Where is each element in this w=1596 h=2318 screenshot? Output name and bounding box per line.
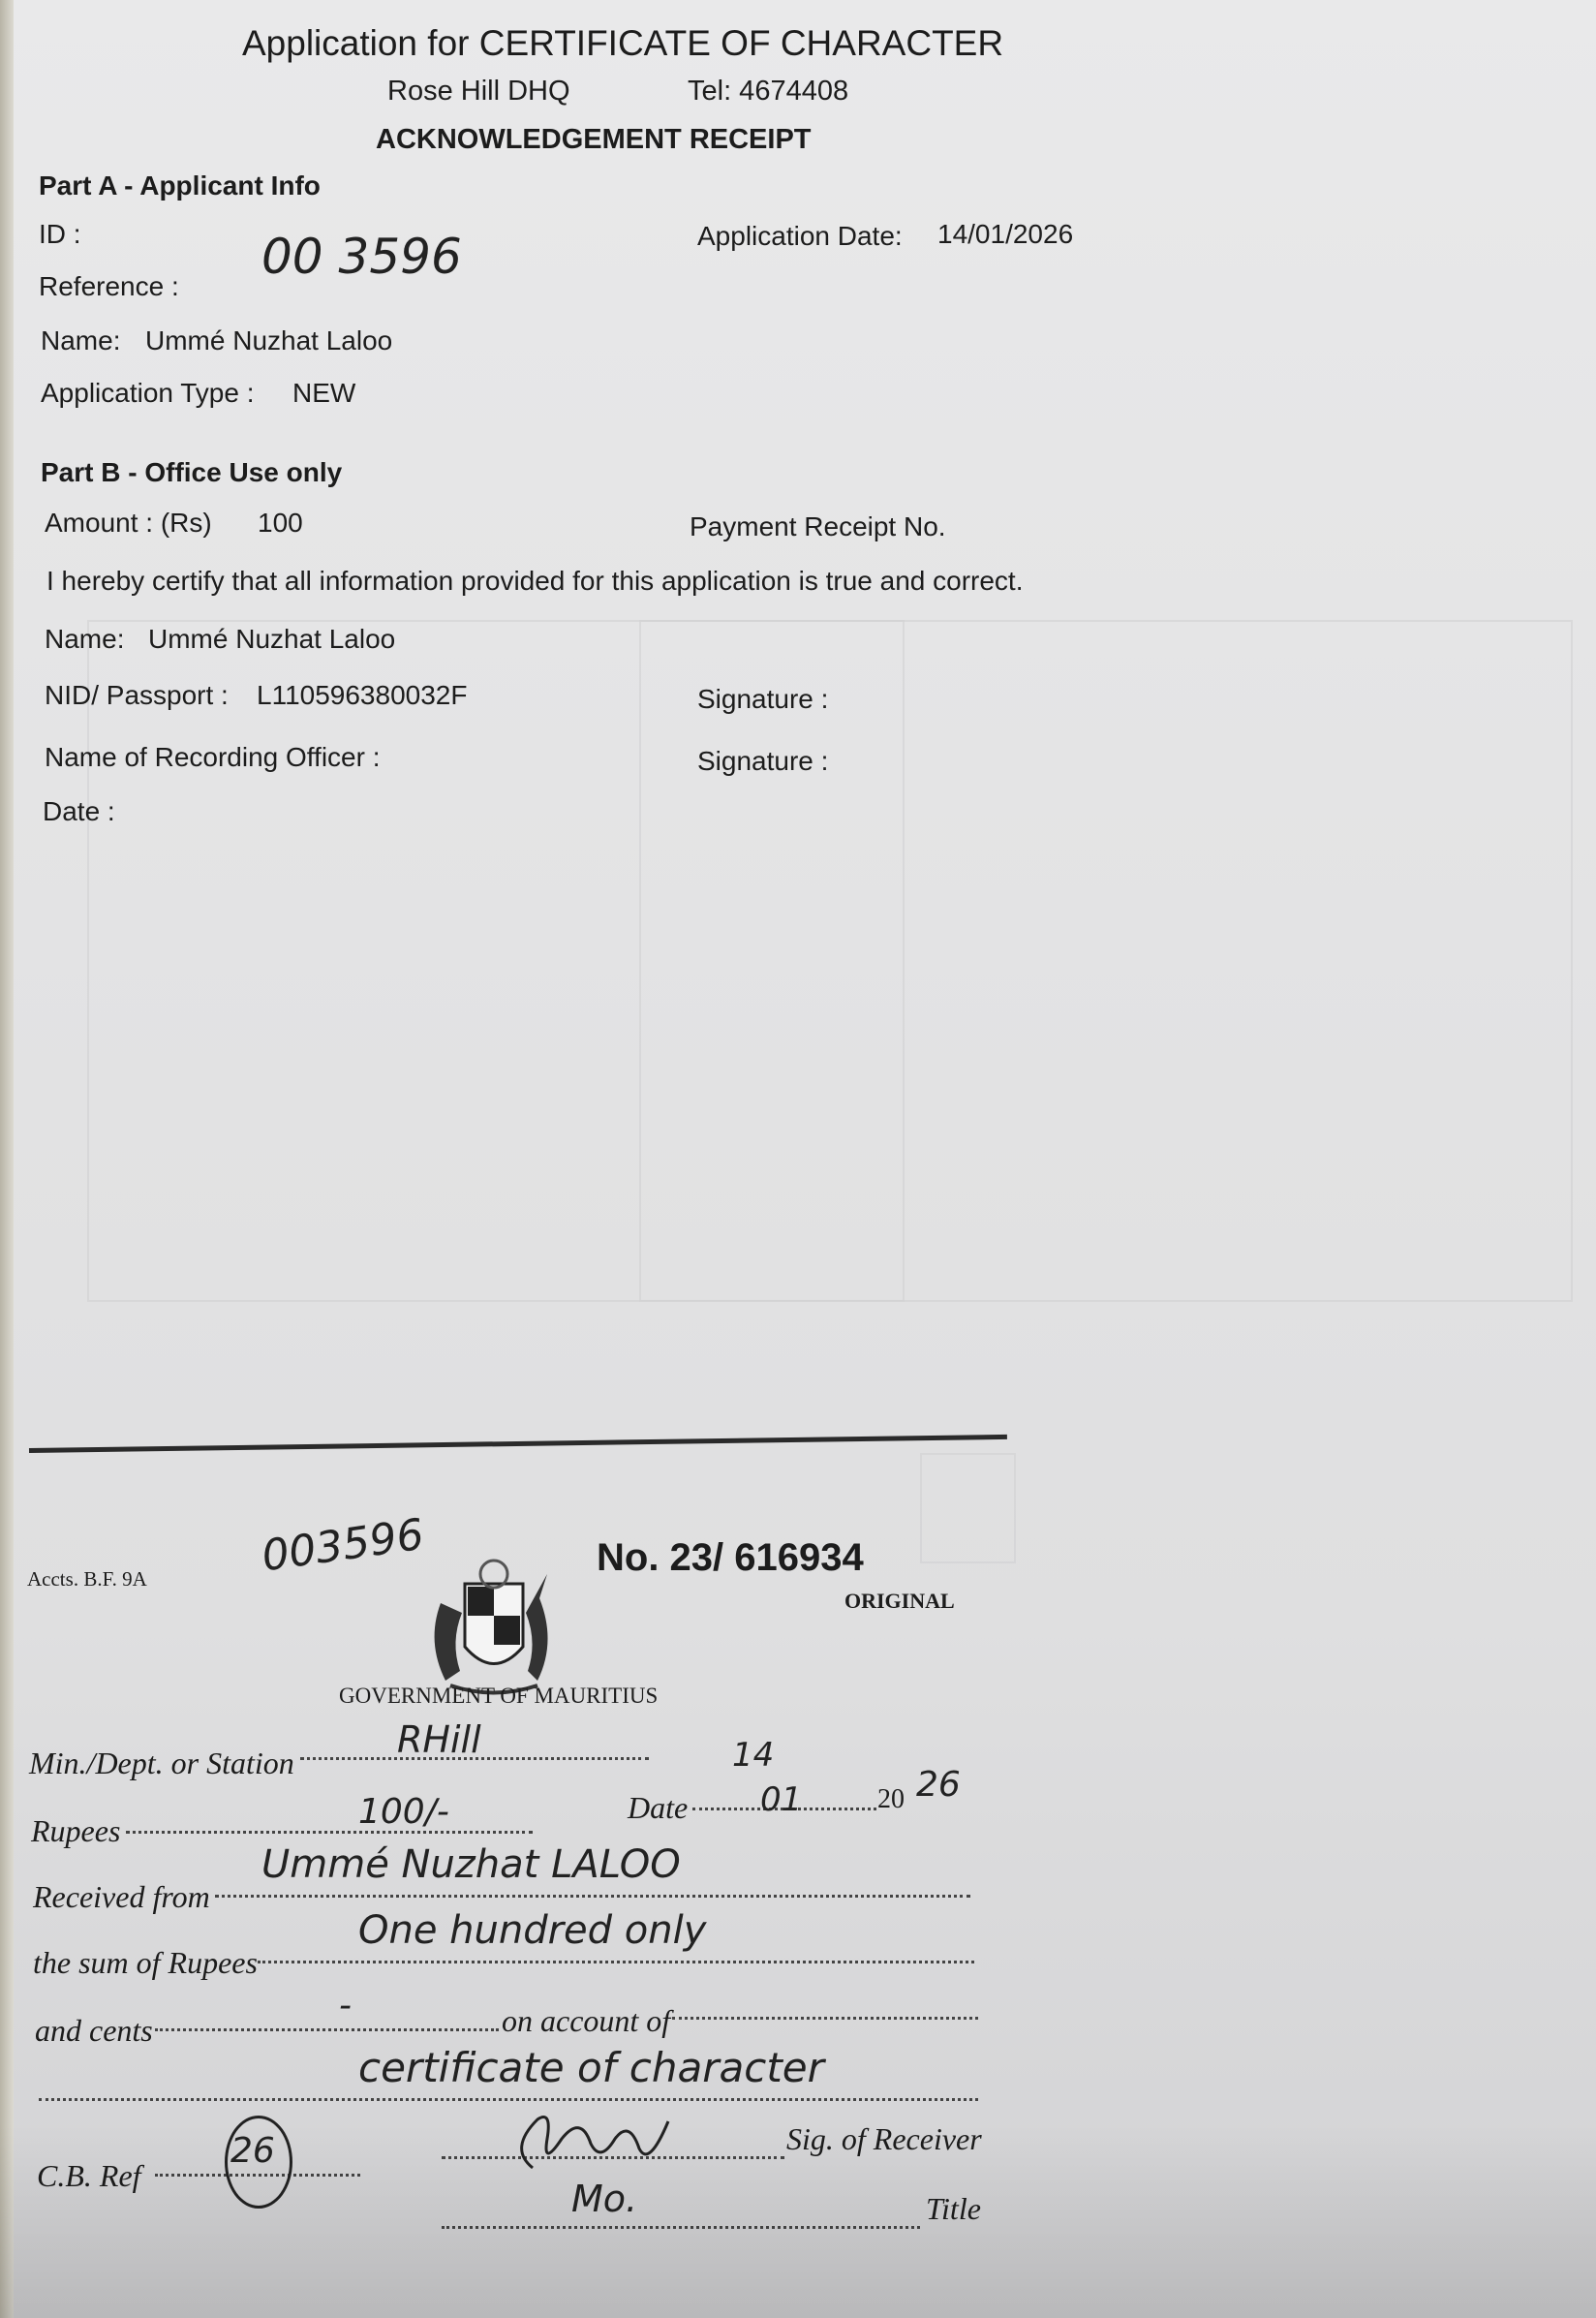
account-label: on account of — [502, 2003, 670, 2039]
signature-label-2: Signature : — [697, 746, 828, 777]
part-b-heading: Part B - Office Use only — [41, 457, 342, 488]
receipt-date-label: Date — [628, 1790, 688, 1826]
applicant-name-b: Ummé Nuzhat Laloo — [148, 624, 395, 655]
application-date: 14/01/2026 — [937, 219, 1073, 250]
rupees-value: 100/- — [358, 1792, 449, 1832]
cents-value: - — [339, 1986, 352, 2025]
photo-shadow — [0, 2124, 1596, 2318]
receipt-heading: ACKNOWLEDGEMENT RECEIPT — [376, 124, 812, 156]
date-label: Date : — [43, 796, 115, 827]
form-title: Application for CERTIFICATE OF CHARACTER — [242, 23, 1003, 64]
date-year-prefix: 20 — [877, 1784, 905, 1815]
id-label: ID : — [39, 219, 81, 250]
received-from-value: Ummé Nuzhat LALOO — [261, 1842, 681, 1887]
payment-receipt-label: Payment Receipt No. — [690, 511, 946, 542]
name-label-b: Name: — [45, 624, 124, 655]
receipt-number: No. 23/ 616934 — [597, 1536, 864, 1580]
recording-officer-label: Name of Recording Officer : — [45, 742, 381, 773]
date-year-suffix: 26 — [916, 1765, 961, 1805]
received-from-label: Received from — [33, 1879, 210, 1915]
cents-line — [155, 2028, 499, 2031]
received-from-line — [215, 1895, 970, 1898]
date-month: 01 — [760, 1780, 802, 1819]
rupees-line — [126, 1831, 533, 1834]
station-label: Min./Dept. or Station — [29, 1746, 294, 1781]
name-label: Name: — [41, 325, 120, 356]
bleed-through-column — [639, 620, 905, 1302]
sum-line — [258, 1961, 974, 1963]
applicant-name: Ummé Nuzhat Laloo — [145, 325, 392, 356]
reference-label: Reference : — [39, 271, 179, 302]
office-name: Rose Hill DHQ — [387, 76, 570, 108]
tear-line — [29, 1435, 1007, 1453]
rupees-label: Rupees — [31, 1813, 120, 1849]
certification-statement: I hereby certify that all information pr… — [46, 566, 1024, 597]
paper-edge — [0, 0, 14, 2318]
account-value: certificate of character — [358, 2044, 824, 2091]
application-type-label: Application Type : — [41, 378, 255, 409]
station-value: RHill — [397, 1718, 481, 1761]
handwritten-ref: 003596 — [259, 1510, 426, 1582]
amount-label: Amount : (Rs) — [45, 508, 212, 539]
issuer: GOVERNMENT OF MAURITIUS — [339, 1684, 658, 1709]
part-a-heading: Part A - Applicant Info — [39, 170, 321, 201]
application-type: NEW — [292, 378, 355, 409]
nid-value: L110596380032F — [257, 680, 467, 711]
office-tel: Tel: 4674408 — [688, 76, 848, 108]
nid-label: NID/ Passport : — [45, 680, 229, 711]
bleed-through-stamp — [920, 1453, 1016, 1563]
date-day: 14 — [732, 1736, 774, 1775]
sum-label: the sum of Rupees — [33, 1945, 258, 1981]
id-handwritten: 00 3596 — [261, 229, 462, 285]
account-line-2 — [39, 2098, 978, 2101]
copy-type: ORIGINAL — [844, 1589, 955, 1614]
application-date-label: Application Date: — [697, 221, 903, 252]
signature-label-1: Signature : — [697, 684, 828, 715]
amount-value: 100 — [258, 508, 303, 539]
form-code: Accts. B.F. 9A — [27, 1567, 147, 1592]
account-line — [672, 2017, 978, 2020]
cents-label: and cents — [35, 2013, 153, 2049]
sum-value: One hundred only — [358, 1908, 706, 1953]
